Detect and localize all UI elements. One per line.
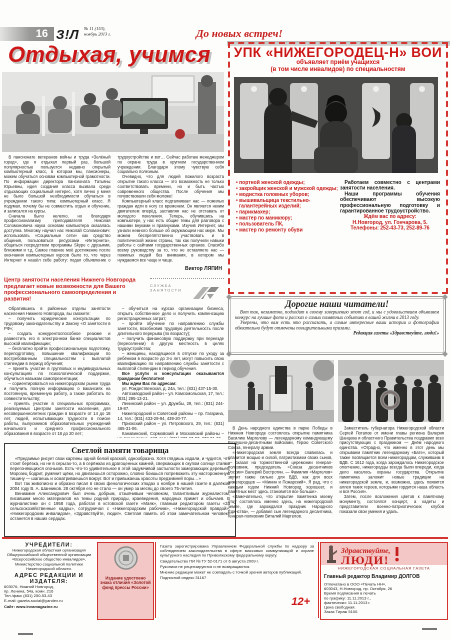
certificate-text: Свидетельство ПИ № ТУ 52-0171 от 6 авгус… (160, 559, 314, 564)
monument-paragraph: Заместитель губернатора Нижегородской об… (340, 426, 445, 495)
photo-monument-opening (228, 360, 334, 422)
employment-bullet: принять участие в групповых и индивидуал… (4, 366, 111, 381)
readers-signature: Редакция газеты «Здравствуйте, люди!» (235, 331, 439, 336)
upk-programs-text: Наши программы обучения обеспечивают выс… (340, 191, 440, 214)
upk-specialty: вышивальщица текстильно-галантерейных из… (236, 198, 340, 209)
employment-bullet: получить юридические консультации по тру… (4, 316, 111, 331)
upk-specialty: модистка головных уборов; (236, 192, 340, 198)
editor-line: Главный редактор Владимир ДОЛГОВ (324, 574, 444, 580)
newspaper-page: 16 З!Л № 11 (153), ноябрь 2013 г. До нов… (0, 0, 450, 640)
upk-specialties: портной женской одежды; закройщик женско… (236, 180, 340, 254)
photo-monument-flowers (338, 360, 444, 422)
upk-info: Работаем совместно с центрами занятости … (340, 180, 440, 254)
upk-subtitle2: (в том числе инвалидов) по специальностя… (230, 67, 446, 74)
readers-box: Дорогие наши читатели! Вот так, незаметн… (228, 296, 446, 355)
monument-captions: В День народного единства в парке Победы… (228, 426, 444, 538)
employment-logo-arrow-icon (191, 283, 221, 303)
manuscripts-text: Рукописи не рецензируются и не возвращаю… (160, 564, 314, 569)
employment-logo-line2: ЗАНЯТОСТИ (150, 288, 188, 292)
article-paragraph: Компьютерный класс подталкивает нас — по… (118, 199, 225, 263)
article-paragraph: В пансионате ветеранов войны и труда «Зе… (4, 155, 111, 214)
registration-text: Газета зарегистрирована Управлением Феде… (160, 544, 314, 558)
upk-specialty: портной женской одежды; (236, 180, 340, 186)
employment-address: Автозаводский район – ул. Комсомольская,… (118, 391, 225, 401)
employment-bullet: сориентироваться на нижегородском рынке … (4, 381, 111, 401)
page-number: 16 (0, 27, 54, 41)
readers-paragraph: Вот так, незаметно, подходит к своему за… (235, 310, 439, 321)
photo-hairdresser-image (234, 77, 438, 173)
newspaper-logo: З!Л (56, 27, 79, 42)
crop-mark (422, 628, 437, 630)
footer-brand-box: Здравствуйте, ЛЮДИ! НИЖЕГОРОДСКАЯ СОЦИАЛ… (320, 542, 448, 620)
upk-title: УПК «НИЖЕГОРОДЕЦ-Н» ВОИ (230, 45, 446, 60)
upk-specialty: мастер по маникюру; (236, 216, 340, 222)
photo-computer-class (2, 72, 224, 152)
employment-note: Все услуги и консультации оказываются гр… (118, 371, 225, 381)
upk-specialty: пользователь ПК, (236, 222, 340, 228)
employment-heading: Центр занятости населения Нижнего Новгор… (4, 277, 144, 302)
issue-date: ноябрь 2013 г. (84, 31, 154, 36)
print-line: Заказ Тираж 5100. (324, 610, 444, 615)
photo-computer-class-image (2, 72, 224, 152)
upk-subtitle1: объявляет приём учащихся (230, 60, 446, 67)
award-box: Издание удостоено знака отличия «Золотой… (97, 542, 154, 620)
opinion-text: Мнение редакции может не совпадать с точ… (160, 570, 314, 575)
employment-address: Нижегородский и Советский районы – пр. Г… (118, 411, 225, 421)
editorial-address-title: АДРЕС РЕДАКЦИИ И ИЗДАТЕЛЯ: (4, 573, 94, 585)
article-signature-wrap: Виктор ЛЯПИН (110, 266, 222, 274)
footer-founders: УЧРЕДИТЕЛИ: Нижегородская областная орга… (4, 542, 94, 618)
obituary-paragraph: «Предзимье рисует свои картины одной бел… (10, 456, 230, 481)
employment-address: Канавинский, Сормовский и Московский рай… (118, 431, 225, 438)
email-line: E-mail: gazeta-social@yandex.ru (4, 598, 94, 603)
employment-address: Ленинский район – ул. Дружбы, 29, тел.: … (118, 401, 225, 411)
article-paragraph: Очевидно, что для людей пожилого возраст… (118, 175, 225, 199)
article-signature: Виктор ЛЯПИН (110, 266, 222, 272)
upk-specialty: закройщик женской и мужской одежды; (236, 186, 340, 192)
upk-specialty: мастер по ремонту обуви (236, 228, 340, 234)
employment-service-logo: СЛУЖБА ЗАНЯТОСТИ (150, 278, 224, 305)
farewell-note: До новых встреч! (196, 28, 283, 40)
subscription-index: Подписной индекс 31167 (160, 576, 314, 581)
founders-text: Нижегородская областная организация Обще… (4, 548, 94, 571)
crop-mark (18, 633, 33, 635)
upk-partner-text: Работаем совместно с центрами занятости … (340, 180, 440, 191)
monument-paragraph: Затем, после возложения цветов к памятно… (340, 495, 445, 515)
obituary-paragraph: Вениамин Александрович был очень добрым,… (10, 491, 230, 521)
brand-header: Здравствуйте, ЛЮДИ! (321, 543, 447, 565)
photo-hairdresser (234, 77, 442, 178)
box-corner-ornament (442, 351, 448, 357)
footer-registration: Газета зарегистрирована Управлением Феде… (155, 542, 319, 618)
upk-phones: Телефоны: 252-43-73, 252-89-76 (340, 226, 440, 232)
employment-bullet: женщины, находящиеся в отпуске по уходу … (118, 351, 225, 371)
monument-paragraph: В День народного единства в парке Победы… (228, 426, 333, 450)
employment-bullet: создать конкурентоспособное резюме и раз… (4, 331, 111, 346)
employment-bullet: бесплатно пройти профессиональную подгот… (4, 346, 111, 366)
website-line: Сайт: www.invamagazine.ru (4, 604, 94, 609)
readers-title: Дорогие наши читатели! (229, 299, 445, 309)
footer-rule (2, 537, 448, 539)
box-corner-ornament (226, 351, 232, 357)
monument-paragraph: «Нижегородская земля всегда славилась и … (228, 450, 333, 494)
gold-fund-seal-icon (114, 546, 138, 570)
obituary-box: Светлой памяти товарища «Предзимье рисуе… (4, 443, 236, 537)
article-title: Отдыхая, учимся (8, 42, 211, 68)
employment-bullet: обучиться на курсах организации бизнеса,… (118, 306, 225, 321)
upk-columns: портной женской одежды; закройщик женско… (236, 180, 441, 254)
minin-statue-icon (325, 545, 338, 563)
exclamation-flag-icon (393, 546, 401, 562)
article-body: В пансионате ветеранов войны и труда «Зе… (4, 155, 224, 266)
monument-photos (228, 360, 444, 422)
employment-bullet: принять участие в специальных программах… (4, 401, 111, 436)
employment-bullet: получить финансовую поддержку при переез… (118, 336, 225, 351)
employment-intro: Обратившись в районные отделы занятости … (4, 306, 111, 316)
readers-paragraph: Уверены, что вам есть что рассказать, а … (235, 321, 439, 332)
obituary-paragraph: Вот так живописно и образно писал в свои… (10, 481, 230, 491)
employment-bullet: пройти обучение по направлению службы за… (118, 321, 225, 336)
upk-ad-box: УПК «НИЖЕГОРОДЕЦ-Н» ВОИ объявляет приём … (228, 42, 448, 294)
obituary-title: Светлой памяти товарища (10, 446, 230, 455)
employment-address: Приокский район – ул. Петровского, 29, т… (118, 421, 225, 431)
age-rating-badge: 12+ (291, 596, 310, 608)
brand-subtitle: НИЖЕГОРОДСКАЯ СОЦИАЛЬНАЯ ГАЗЕТА (323, 566, 445, 571)
monument-paragraph: «Замечательно, что открытие памятника мо… (228, 495, 333, 519)
upk-specialty: парикмахер; (236, 210, 340, 216)
issue-info: № 11 (153), ноябрь 2013 г. (84, 26, 154, 42)
award-text: Издание удостоено знака отличия «Золотой… (100, 576, 151, 590)
brand-line2: ЛЮДИ! (341, 553, 389, 567)
employment-body: Обратившись в районные отделы занятости … (4, 306, 224, 438)
employment-heading-wrap: Центр занятости населения Нижнего Новгор… (4, 277, 144, 304)
